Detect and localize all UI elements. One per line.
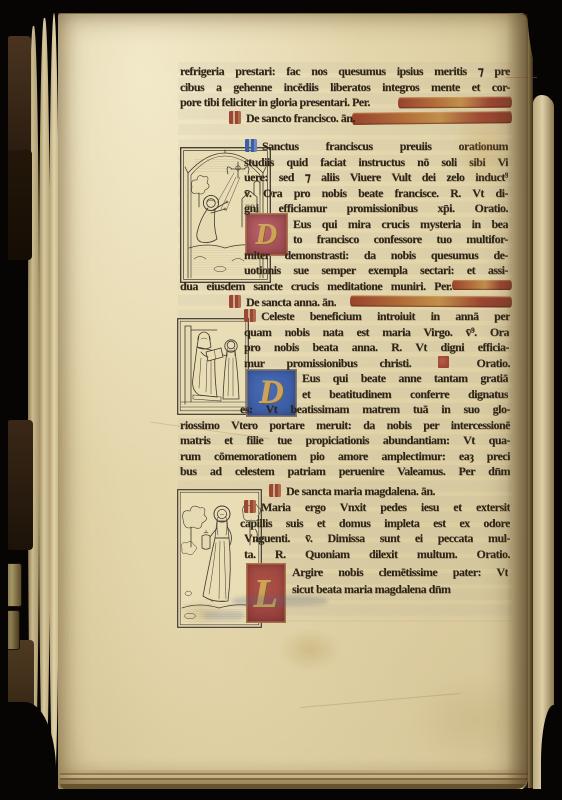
line-text: Celeste beneficium introiuit in annā per [261,309,510,323]
section-heading-anne: De sancta anna. ān. [229,295,336,310]
paragraph-mark-icon [244,309,256,322]
text-line: uotionis sue semper exempla sectari: et … [244,263,508,278]
text-line: et beatitudinem conferre dignatus [302,387,508,402]
section-heading-francis: De sancto francisco. ān. [229,111,355,126]
text-line: v̄. Ora pro nobis beate francisce. R. Vt… [244,186,508,201]
text-line: mur promissionibus christi. Oratio. [244,356,510,371]
rubric-line-filler [452,280,512,290]
paragraph-mark-icon [245,139,257,152]
rubric-line-filler [350,295,512,307]
text-line: ta. R. Quoniam dilexit multum. Oratio. [244,547,510,562]
spine-leather [7,36,31,156]
text-line: miter demonstrasti: da nobis quesumus de… [244,248,508,263]
text-line: matris et filie tue propiciationis abund… [180,433,510,448]
text-line: Argire nobis clemētissime pater: Vt [292,565,508,580]
book-of-hours-page-photo: D D L refrigeria prestari: fac nos quesu… [0,0,562,800]
section-heading-magdalene: De sancta maria magdalena. ān. [269,484,435,499]
text-line: gni efficiamur promissionibus xp̄i. Orat… [244,201,508,216]
text-line: Sanctus franciscus preuiis orationum [245,139,508,154]
text-line: pore tibi feliciter in gloria presentari… [180,95,400,110]
spine-leather [6,150,32,260]
text-line: Eus qui beate anne tantam gratiā [302,371,508,386]
text-line: quam nobis nata est maria Virgo. v̄⁹. Or… [244,325,509,340]
initial-letter: D [256,218,278,252]
text-line: studiis quid faciat instructus nō soli s… [244,155,508,170]
gutter-shadow [506,14,530,788]
bottom-page-edges [60,770,528,789]
text-line: Celeste beneficium introiuit in annā per [244,309,510,324]
text-line: Vnguenti. v̄. Dimissa sunt ei peccata mu… [244,531,510,546]
rubric-block-icon [438,356,449,368]
text-line: pro nobis beata anna. R. Vt digni effici… [244,340,509,355]
facing-page-edge [533,95,554,792]
background-black [0,789,562,800]
background-black [0,0,562,13]
rubric-line-filler [398,97,512,109]
paragraph-mark-icon [229,295,241,308]
paragraph-mark-icon [269,484,281,497]
text-line: uere: sed ⁊ aliis Viuere Vult dei zelo i… [244,170,508,185]
text-line: sicut beata maria magdalena dn̄m [292,582,508,597]
background-black [0,0,8,800]
heading-text: De sancta anna. ān. [246,295,336,309]
line-text: Oratio. [477,356,511,370]
background-black-corner [541,705,562,800]
decorated-initial-l-red: L [246,563,286,623]
heading-text: De sancto francisco. ān. [246,111,355,125]
line-text: Sanctus franciscus preuiis orationum [262,139,508,153]
text-line: refrigeria prestari: fac nos quesumus ip… [180,64,510,79]
text-line: Eus qui mira crucis mysteria in bea [293,217,508,232]
text-line: cibus a gehenne incēdiis liberatos integ… [180,80,510,95]
text-line: capillis suis et domus impleta est ex od… [240,516,510,531]
paragraph-mark-icon [244,500,256,513]
text-line: dua eiusdem sancte crucis meditatione mu… [180,279,452,294]
spine-leather [7,420,33,550]
text-line: Maria ergo Vnxit pedes iesu et extersit [244,500,510,515]
text-line: rum cōmemorationem pio amore amplectimur… [180,449,510,464]
rubric-line-filler [352,111,512,125]
woodcut-st-anne-teaching-mary [177,318,249,415]
line-text: Maria ergo Vnxit pedes iesu et extersit [261,500,510,514]
text-line: riossimo Vtero portare meruit: da nobis … [180,418,510,433]
paragraph-mark-icon [229,111,241,124]
line-text: mur promissionibus christi. [244,356,411,370]
text-line: to francisco confessore tuo multifor- [293,232,508,247]
initial-letter: L [254,570,278,617]
text-line: es: Vt beatissimam matrem tuā in suo glo… [240,402,510,417]
text-line: bus ad celestem patriam peruenire Valeam… [180,464,510,479]
heading-text: De sancta maria magdalena. ān. [286,484,435,498]
